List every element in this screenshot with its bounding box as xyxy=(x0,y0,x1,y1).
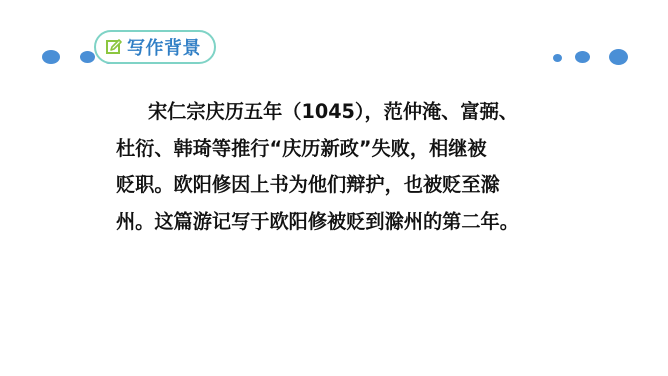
edit-square-icon xyxy=(105,38,123,56)
decorative-dot-right-small xyxy=(553,54,562,62)
paragraph-line-1: 宋仁宗庆历五年（1045），范仲淹、富弼、 xyxy=(116,94,556,131)
slide: 写作背景 宋仁宗庆历五年（1045），范仲淹、富弼、 杜衍、韩琦等推行“庆历新政… xyxy=(0,0,668,376)
section-title: 写作背景 xyxy=(127,34,201,60)
paragraph-line-2: 杜衍、韩琦等推行“庆历新政”失败，相继被 xyxy=(116,131,556,168)
background-paragraph: 宋仁宗庆历五年（1045），范仲淹、富弼、 杜衍、韩琦等推行“庆历新政”失败，相… xyxy=(116,94,556,240)
decorative-dot-right-medium xyxy=(575,51,590,63)
paragraph-line-3: 贬职。欧阳修因上书为他们辩护，也被贬至滁 xyxy=(116,167,556,204)
decorative-dot-left-large xyxy=(42,50,60,64)
decorative-dot-left-medium xyxy=(80,51,95,63)
paragraph-line-4: 州。这篇游记写于欧阳修被贬到滁州的第二年。 xyxy=(116,204,556,241)
section-title-badge: 写作背景 xyxy=(94,30,216,64)
decorative-dot-right-large xyxy=(609,49,628,65)
